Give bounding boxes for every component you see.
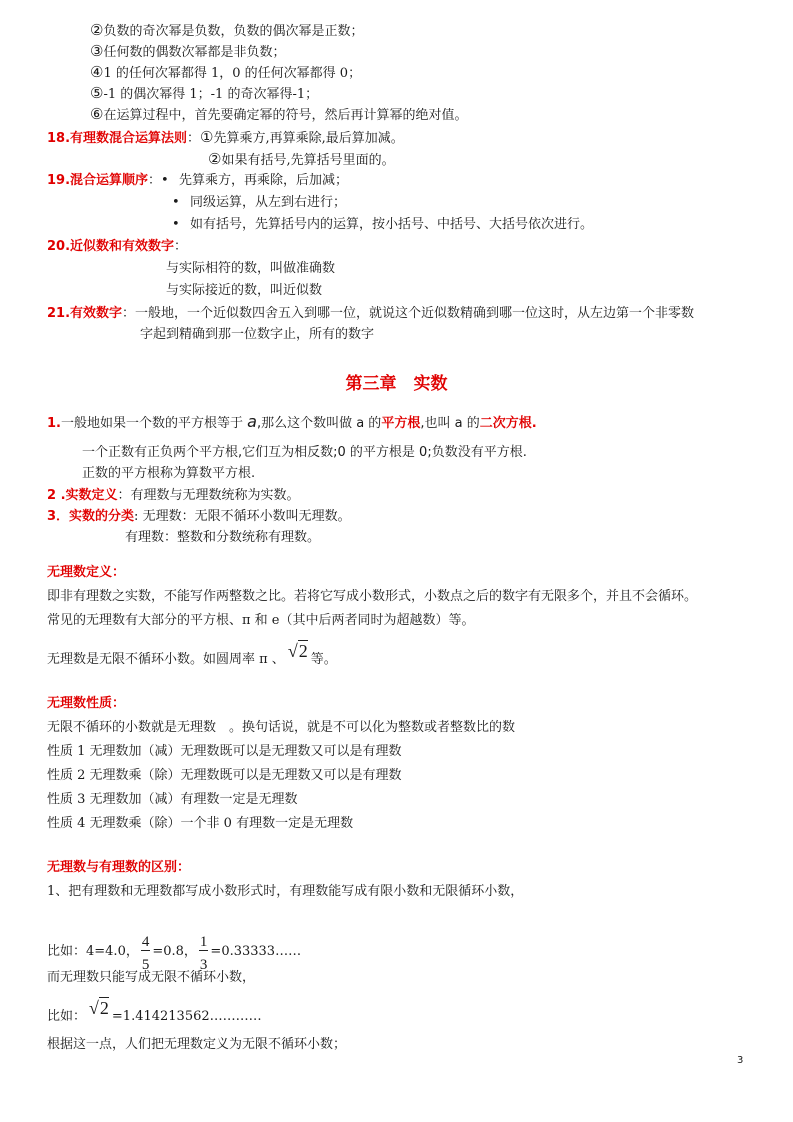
difference-p3: 根据这一点，人们把无理数定义为无限不循环小数；: [47, 1035, 346, 1055]
section-21-line-2: 字起到精确到那一位数字止，所有的数字: [140, 325, 374, 345]
difference-example-2: 比如：√2=1.414213562…………: [47, 1004, 262, 1027]
page-number: 3: [737, 1055, 743, 1066]
section-19-item-2: •同级运算，从左到右进行；: [172, 193, 346, 213]
irrational-definition-p2: 常见的无理数有大部分的平方根、π 和 e（其中后两者同时为超越数）等。: [47, 611, 475, 631]
chapter-item-1-line-2: 一个正数有正负两个平方根,它们互为相反数;0 的平方根是 0;负数没有平方根.: [82, 443, 527, 463]
chapter-item-3-line-2: 有理数：整数和分数统称有理数。: [125, 528, 320, 548]
section-20-item-1: 与实际相符的数，叫做准确数: [166, 259, 335, 279]
bullet-icon: •: [172, 193, 190, 213]
difference-p1: 1、把有理数和无理数都写成小数形式时，有理数能写成有限小数和无限循环小数，: [47, 882, 523, 902]
section-20-heading: 20.近似数和有效数字: [47, 239, 174, 254]
section-20-item-2: 与实际接近的数，叫近似数: [166, 281, 322, 301]
difference-heading: 无理数与有理数的区别：: [47, 858, 190, 878]
section-18-heading: 18.有理数混合运算法则: [47, 131, 187, 146]
sqrt-symbol: √2: [288, 641, 308, 661]
bullet-icon: •: [161, 171, 179, 191]
sqrt-symbol: √2: [89, 998, 109, 1018]
irrational-definition-p1: 即非有理数之实数，不能写作两整数之比。若将它写成小数形式，小数点之后的数字有无限…: [47, 587, 697, 607]
section-21: 21.有效数字：一般地，一个近似数四舍五入到哪一位，就说这个近似数精确到哪一位这…: [47, 304, 694, 324]
bullet-icon: •: [172, 215, 190, 235]
chapter-item-3: 3．实数的分类: 无理数：无限不循环小数叫无理数。: [47, 507, 351, 527]
power-rule-5: ⑤-1 的偶次幂得 1；-1 的奇次幂得-1；: [90, 83, 318, 105]
irrational-property-4: 性质 4 无理数乘（除）一个非 0 有理数一定是无理数: [47, 814, 353, 834]
chapter-title: 第三章 实数: [0, 369, 793, 394]
section-19-heading: 19.混合运算顺序: [47, 173, 148, 188]
variable-a: a: [247, 412, 257, 431]
irrational-properties-intro: 无限不循环的小数就是无理数 。换句话说，就是不可以化为整数或者整数比的数: [47, 718, 515, 738]
irrational-definition-heading: 无理数定义：: [47, 563, 125, 583]
irrational-property-2: 性质 2 无理数乘（除）无理数既可以是无理数又可以是有理数: [47, 766, 402, 786]
chapter-item-1: 1.一般地如果一个数的平方根等于 a,那么这个数叫做 a 的平方根,也叫 a 的…: [47, 412, 537, 434]
power-rule-2: ②负数的奇次幂是负数，负数的偶次幂是正数；: [90, 20, 363, 42]
section-18-item-2: ②如果有括号,先算括号里面的。: [208, 149, 395, 171]
real-number-definition-heading: 2 .实数定义: [47, 488, 118, 503]
section-20: 20.近似数和有效数字：: [47, 237, 187, 257]
section-21-heading: 21.有效数字: [47, 306, 122, 321]
term-square-root: 平方根: [381, 416, 420, 431]
irrational-properties-heading: 无理数性质：: [47, 694, 125, 714]
section-19: 19.混合运算顺序：•先算乘方，再乘除，后加减；: [47, 171, 348, 191]
irrational-property-3: 性质 3 无理数加（减）有理数一定是无理数: [47, 790, 298, 810]
chapter-item-1-line-3: 正数的平方根称为算数平方根.: [82, 464, 255, 484]
power-rule-4: ④1 的任何次幂都得 1，0 的任何次幂都得 0；: [90, 62, 361, 84]
section-19-item-3: •如有括号，先算括号内的运算，按小括号、中括号、大括号依次进行。: [172, 215, 593, 235]
real-number-classification-heading: 3．实数的分类: [47, 509, 134, 524]
power-rule-3: ③任何数的偶数次幂都是非负数；: [90, 41, 285, 63]
irrational-definition-p3: 无理数是无限不循环小数。如圆周率 π 、√2等。: [47, 647, 337, 670]
section-18: 18.有理数混合运算法则：①先算乘方,再算乘除,最后算加减。: [47, 127, 404, 149]
power-rule-6: ⑥在运算过程中，首先要确定幂的符号，然后再计算幂的绝对值。: [90, 104, 467, 126]
irrational-property-1: 性质 1 无理数加（减）无理数既可以是无理数又可以是有理数: [47, 742, 402, 762]
circled-marker: ②: [90, 21, 103, 39]
difference-p2: 而无理数只能写成无限不循环小数，: [47, 968, 255, 988]
chapter-item-2: 2 .实数定义：有理数与无理数统称为实数。: [47, 486, 300, 506]
term-second-root: 二次方根: [480, 416, 532, 431]
